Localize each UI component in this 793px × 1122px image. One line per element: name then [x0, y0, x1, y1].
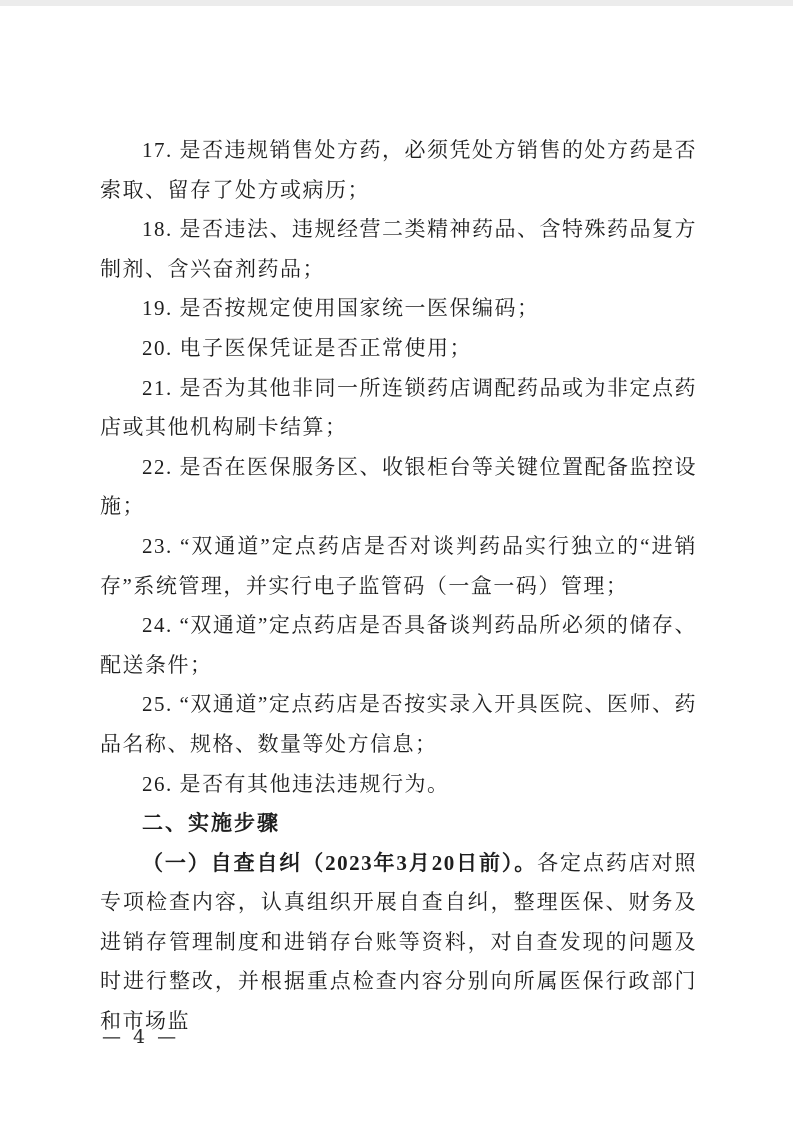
- checklist-item-21: 21. 是否为其他非同一所连锁药店调配药品或为非定点药店或其他机构刷卡结算；: [100, 369, 697, 448]
- step-lead: （一）自查自纠（2023年3月20日前）。: [142, 851, 537, 875]
- scan-top-edge: [0, 0, 793, 6]
- section-heading: 二、实施步骤: [100, 804, 697, 844]
- checklist-item-26: 26. 是否有其他违法违规行为。: [100, 765, 697, 805]
- checklist-item-25: 25. “双通道”定点药店是否按实录入开具医院、医师、药品名称、规格、数量等处方…: [100, 685, 697, 764]
- checklist-item-18: 18. 是否违法、违规经营二类精神药品、含特殊药品复方制剂、含兴奋剂药品；: [100, 210, 697, 289]
- checklist-item-22: 22. 是否在医保服务区、收银柜台等关键位置配备监控设施；: [100, 448, 697, 527]
- document-body: 17. 是否违规销售处方药，必须凭处方销售的处方药是否索取、留存了处方或病历； …: [100, 131, 697, 1042]
- step-body-text: 各定点药店对照专项检查内容，认真组织开展自查自纠，整理医保、财务及进销存管理制度…: [100, 851, 697, 1033]
- checklist-item-24: 24. “双通道”定点药店是否具备谈判药品所必须的储存、配送条件；: [100, 606, 697, 685]
- step-paragraph: （一）自查自纠（2023年3月20日前）。各定点药店对照专项检查内容，认真组织开…: [100, 844, 697, 1042]
- page-number: — 4 —: [102, 1026, 179, 1048]
- checklist-item-23: 23. “双通道”定点药店是否对谈判药品实行独立的“进销存”系统管理，并实行电子…: [100, 527, 697, 606]
- document-page: 17. 是否违规销售处方药，必须凭处方销售的处方药是否索取、留存了处方或病历； …: [0, 0, 793, 1122]
- checklist-item-19: 19. 是否按规定使用国家统一医保编码；: [100, 289, 697, 329]
- checklist-item-17: 17. 是否违规销售处方药，必须凭处方销售的处方药是否索取、留存了处方或病历；: [100, 131, 697, 210]
- checklist-item-20: 20. 电子医保凭证是否正常使用；: [100, 329, 697, 369]
